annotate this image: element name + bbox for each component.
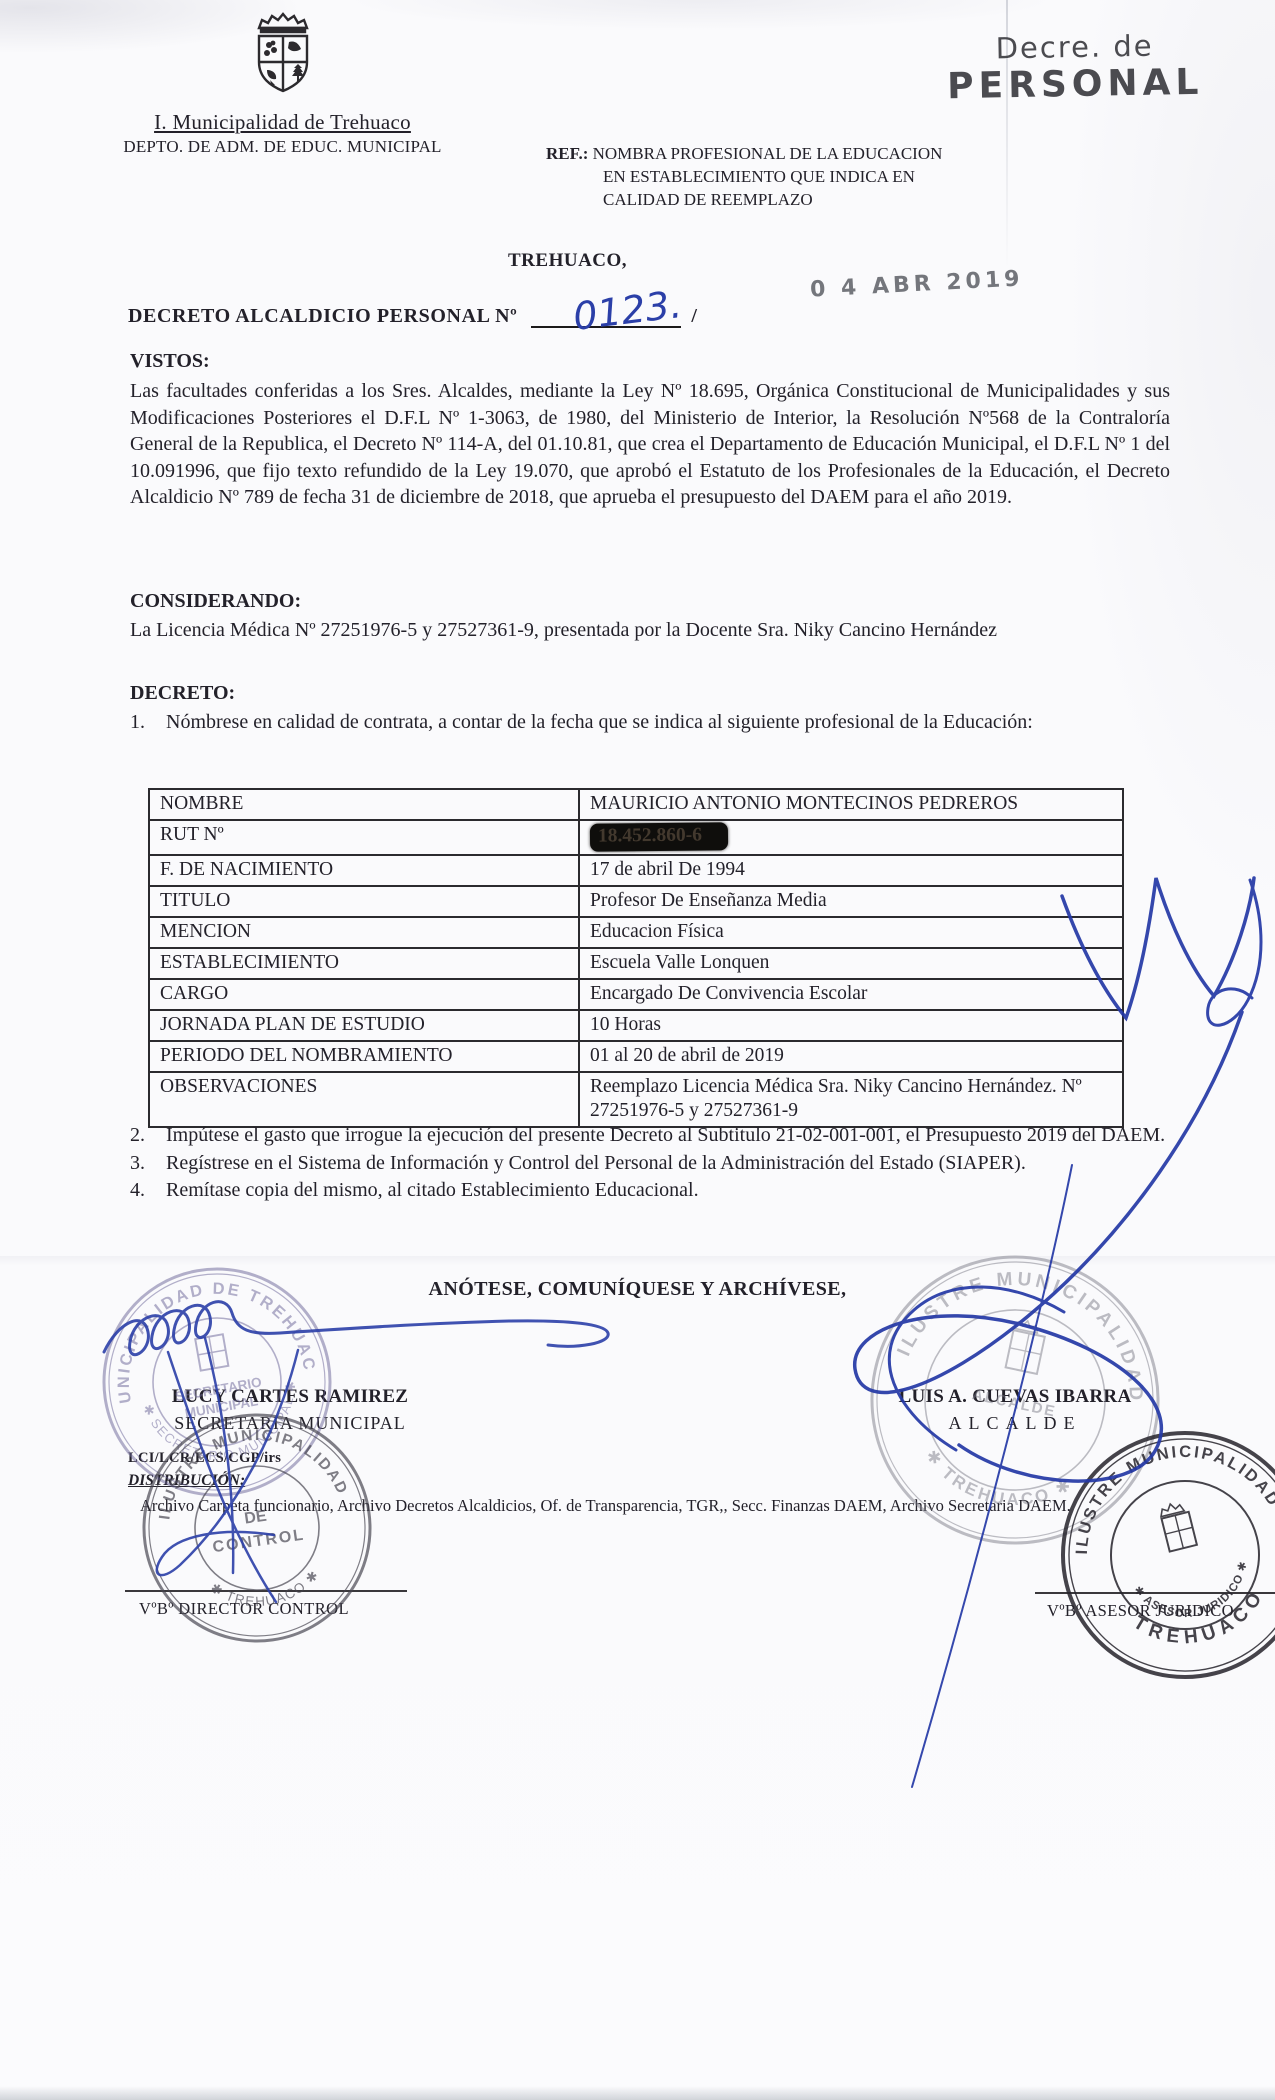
signature-block-alcalde: LUIS A. CUEVAS IBARRA ALCALDE xyxy=(850,1386,1180,1434)
vb-director-control: VºBº DIRECTOR CONTROL xyxy=(125,1590,407,1619)
header-org-block: I. Municipalidad de Trehuaco DEPTO. DE A… xyxy=(110,10,455,157)
decreto-item-2: 2. Impútese el gasto que irrogue la ejec… xyxy=(130,1122,1175,1149)
paper-bottom-shadow xyxy=(0,2086,1275,2100)
date-stamp: 0 4 ABR 2019 xyxy=(809,266,1024,302)
decreto-heading: DECRETO: xyxy=(130,682,235,705)
stamp-asesor-juridico: ILUSTRE MUNICIPALIDAD TREHUACO ✱ ASESOR … xyxy=(1037,1407,1275,1703)
considerando-paragraph: La Licencia Médica Nº 27251976-5 y 27527… xyxy=(130,617,1090,644)
municipality-name: I. Municipalidad de Trehuaco xyxy=(110,110,455,135)
ref-line2: EN ESTABLECIMIENTO QUE INDICA EN xyxy=(603,165,986,188)
row-label: OBSERVACIONES xyxy=(149,1072,579,1127)
ref-line1: NOMBRA PROFESIONAL DE LA EDUCACION xyxy=(593,144,943,163)
row-value: Reemplazo Licencia Médica Sra. Niky Canc… xyxy=(579,1072,1123,1127)
decree-number-blank xyxy=(531,300,681,328)
row-label: ESTABLECIMIENTO xyxy=(149,948,579,979)
municipal-coat-of-arms-icon xyxy=(245,10,321,106)
considerando-heading: CONSIDERANDO: xyxy=(130,590,301,613)
closing-line: ANÓTESE, COMUNÍQUESE Y ARCHÍVESE, xyxy=(0,1278,1275,1301)
item-number: 4. xyxy=(130,1177,166,1204)
appointment-table: NOMBREMAURICIO ANTONIO MONTECINOS PEDRER… xyxy=(148,788,1124,1128)
row-label: JORNADA PLAN DE ESTUDIO xyxy=(149,1010,579,1041)
row-label: NOMBRE xyxy=(149,789,579,820)
table-row: OBSERVACIONESReemplazo Licencia Médica S… xyxy=(149,1072,1123,1127)
personal-stamp-line2: PERSONAL xyxy=(935,62,1216,108)
decree-number-line: DECRETO ALCALDICIO PERSONAL Nº/ xyxy=(128,300,697,328)
vb-asesor-juridico: VºBº ASESOR JURIDICO xyxy=(1035,1592,1275,1621)
redacted-rut: 18.452.860-6 xyxy=(590,822,728,851)
vistos-paragraph: Las facultades conferidas a los Sres. Al… xyxy=(130,378,1170,511)
table-row: RUT Nº18.452.860-6 xyxy=(149,820,1123,855)
row-label: RUT Nº xyxy=(149,820,579,855)
table-row: NOMBREMAURICIO ANTONIO MONTECINOS PEDRER… xyxy=(149,789,1123,820)
table-row: ESTABLECIMIENTOEscuela Valle Lonquen xyxy=(149,948,1123,979)
row-value: Profesor De Enseñanza Media xyxy=(579,886,1123,917)
item-number: 3. xyxy=(130,1150,166,1177)
row-value: 18.452.860-6 xyxy=(579,820,1123,855)
table-row: JORNADA PLAN DE ESTUDIO10 Horas xyxy=(149,1010,1123,1041)
row-value: MAURICIO ANTONIO MONTECINOS PEDREROS xyxy=(579,789,1123,820)
table-row: PERIODO DEL NOMBRAMIENTO01 al 20 de abri… xyxy=(149,1041,1123,1072)
item-number: 1. xyxy=(130,709,166,736)
item-text: Regístrese en el Sistema de Información … xyxy=(166,1150,1175,1177)
row-value: Escuela Valle Lonquen xyxy=(579,948,1123,979)
ref-block: REF.: NOMBRA PROFESIONAL DE LA EDUCACION… xyxy=(546,142,986,211)
row-value: Educacion Física xyxy=(579,917,1123,948)
item-text: Remítase copia del mismo, al citado Esta… xyxy=(166,1177,1175,1204)
signer-name: LUCY CARTES RAMIREZ xyxy=(140,1386,440,1408)
decreto-items-2-4: 2. Impútese el gasto que irrogue la ejec… xyxy=(130,1122,1175,1205)
row-value: 01 al 20 de abril de 2019 xyxy=(579,1041,1123,1072)
row-label: TITULO xyxy=(149,886,579,917)
svg-text:CONTROL: CONTROL xyxy=(212,1526,307,1556)
decreto-item-1: 1. Nómbrese en calidad de contrata, a co… xyxy=(130,709,1170,736)
distribution-text: Archivo Carpeta funcionario, Archivo Dec… xyxy=(140,1496,1170,1516)
item-text: Nómbrese en calidad de contrata, a conta… xyxy=(166,709,1170,736)
table-row: TITULOProfesor De Enseñanza Media xyxy=(149,886,1123,917)
row-value: Encargado De Convivencia Escolar xyxy=(579,979,1123,1010)
svg-text:ILUSTRE MUNICIPALIDAD: ILUSTRE MUNICIPALIDAD xyxy=(893,1245,1169,1409)
scanned-decree-page: I. Municipalidad de Trehuaco DEPTO. DE A… xyxy=(0,0,1275,2100)
decree-slash: / xyxy=(691,305,697,327)
personal-decree-stamp: Decre. de PERSONAL xyxy=(934,28,1215,108)
ref-label: REF.: xyxy=(546,144,588,163)
distribution-label: DISTRIBUCIÓN: xyxy=(128,1472,245,1490)
row-label: CARGO xyxy=(149,979,579,1010)
department-name: DEPTO. DE ADM. DE EDUC. MUNICIPAL xyxy=(110,137,455,157)
item-text: Impútese el gasto que irrogue la ejecuci… xyxy=(166,1122,1175,1149)
stamp-secretario-municipal: MUNICIPALIDAD DE TREHUACO ✱ SECRETARIO M… xyxy=(0,0,348,1532)
row-label: MENCION xyxy=(149,917,579,948)
signer-title: SECRETARIA MUNICIPAL xyxy=(140,1413,440,1434)
row-label: PERIODO DEL NOMBRAMIENTO xyxy=(149,1041,579,1072)
svg-text:ILUSTRE MUNICIPALIDAD: ILUSTRE MUNICIPALIDAD xyxy=(1053,1420,1275,1559)
item-number: 2. xyxy=(130,1122,166,1149)
place-line: TREHUACO, xyxy=(508,250,627,272)
personal-stamp-line1: Decre. de xyxy=(934,28,1215,67)
table-row: MENCIONEducacion Física xyxy=(149,917,1123,948)
signature-block-secretaria: LUCY CARTES RAMIREZ SECRETARIA MUNICIPAL xyxy=(140,1386,440,1434)
decreto-item-4: 4. Remítase copia del mismo, al citado E… xyxy=(130,1177,1175,1204)
row-value: 10 Horas xyxy=(579,1010,1123,1041)
decree-label: DECRETO ALCALDICIO PERSONAL Nº xyxy=(128,305,517,327)
paper-shadow-band xyxy=(0,1256,1275,1266)
signer-title: ALCALDE xyxy=(850,1413,1180,1434)
row-label: F. DE NACIMIENTO xyxy=(149,855,579,886)
table-row: F. DE NACIMIENTO17 de abril De 1994 xyxy=(149,855,1123,886)
ref-line3: CALIDAD DE REEMPLAZO xyxy=(603,188,986,211)
signer-name: LUIS A. CUEVAS IBARRA xyxy=(850,1386,1180,1408)
decreto-item-3: 3. Regístrese en el Sistema de Informaci… xyxy=(130,1150,1175,1177)
row-value: 17 de abril De 1994 xyxy=(579,855,1123,886)
vistos-heading: VISTOS: xyxy=(130,350,210,373)
table-row: CARGOEncargado De Convivencia Escolar xyxy=(149,979,1123,1010)
initials-line: LCI/LCR/LCS/CGP/irs xyxy=(128,1450,281,1467)
